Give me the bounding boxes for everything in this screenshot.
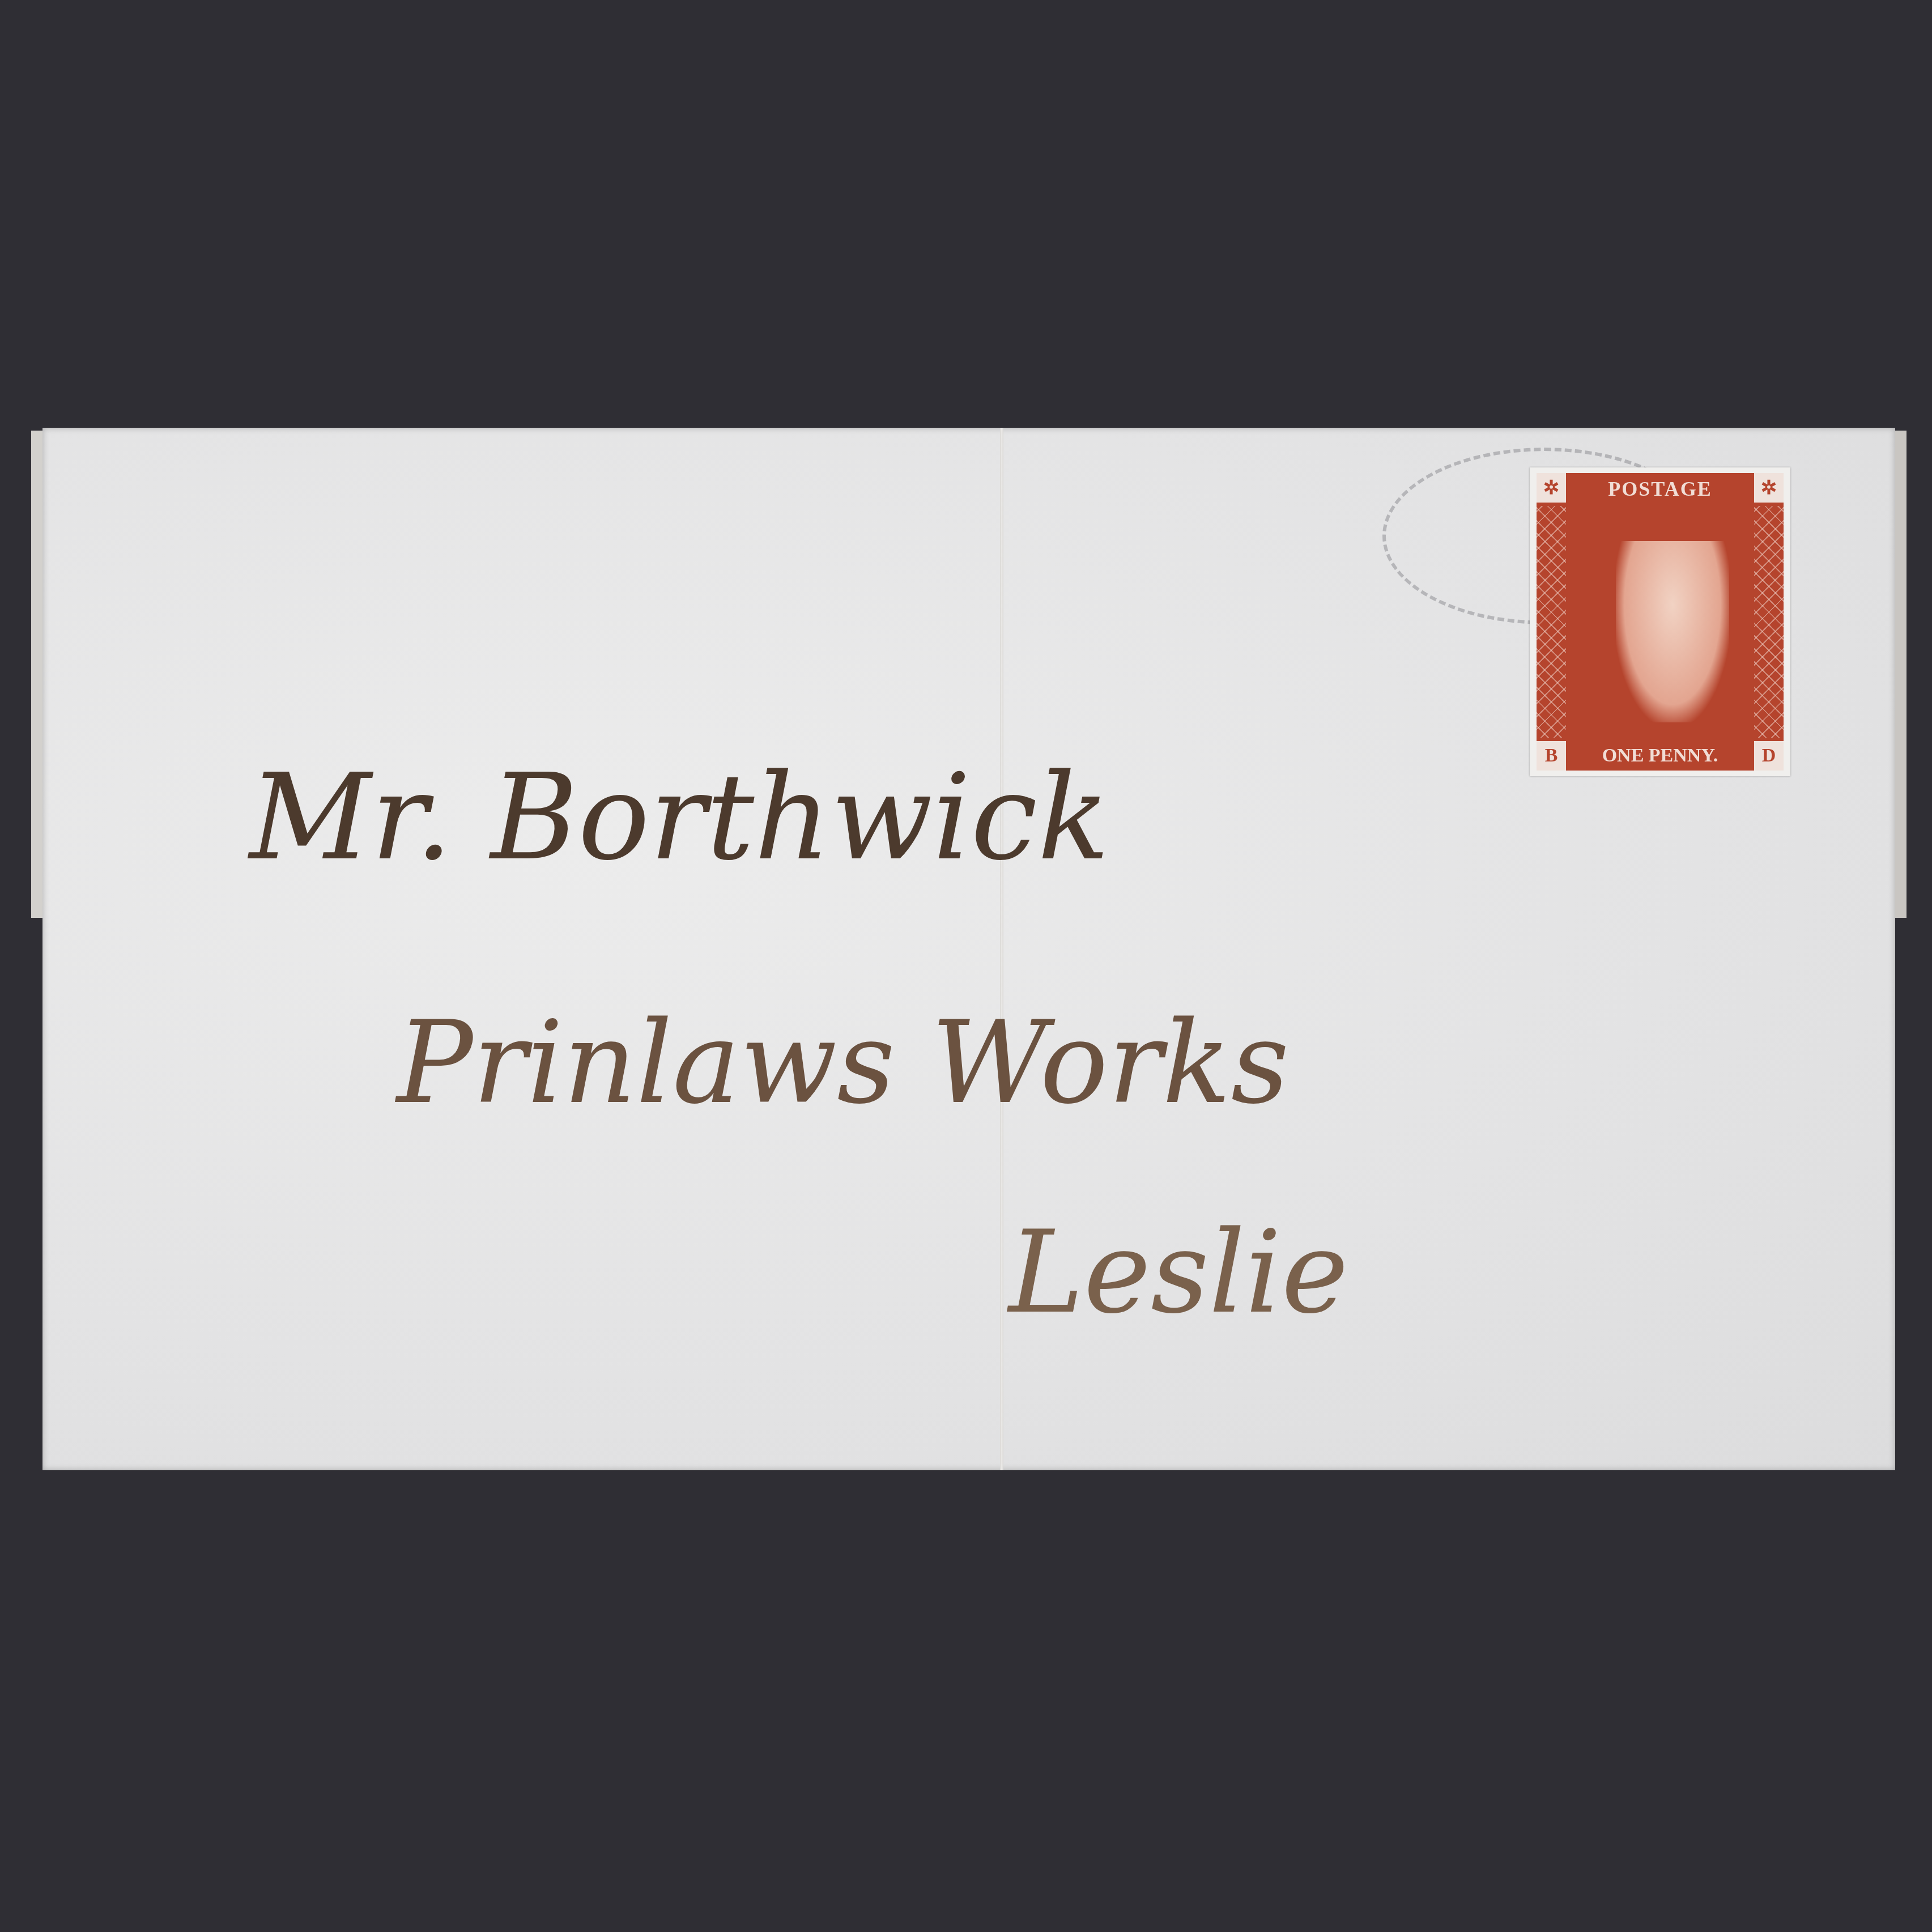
star-icon: ✲	[1537, 473, 1566, 503]
fold-crease	[1000, 428, 1003, 1470]
corner-letter-right: D	[1754, 741, 1784, 771]
stamp-side-ornament	[1537, 506, 1566, 738]
address-line-name: Mr. Borthwick	[249, 748, 1109, 887]
address-line-works: Prinlaws Works	[397, 997, 1289, 1129]
stamp-top-label: POSTAGE	[1537, 473, 1784, 504]
stamp-value-label: ONE PENNY.	[1566, 741, 1754, 771]
corner-letter-left: B	[1537, 741, 1566, 771]
stamp-side-ornament	[1754, 506, 1784, 738]
stamp-design: POSTAGE ✲ ✲ B ONE PENNY. D	[1537, 473, 1784, 771]
address-line-town: Leslie	[1008, 1207, 1348, 1339]
queen-portrait	[1616, 541, 1729, 722]
star-icon: ✲	[1754, 473, 1784, 503]
penny-red-stamp: POSTAGE ✲ ✲ B ONE PENNY. D	[1530, 467, 1790, 776]
